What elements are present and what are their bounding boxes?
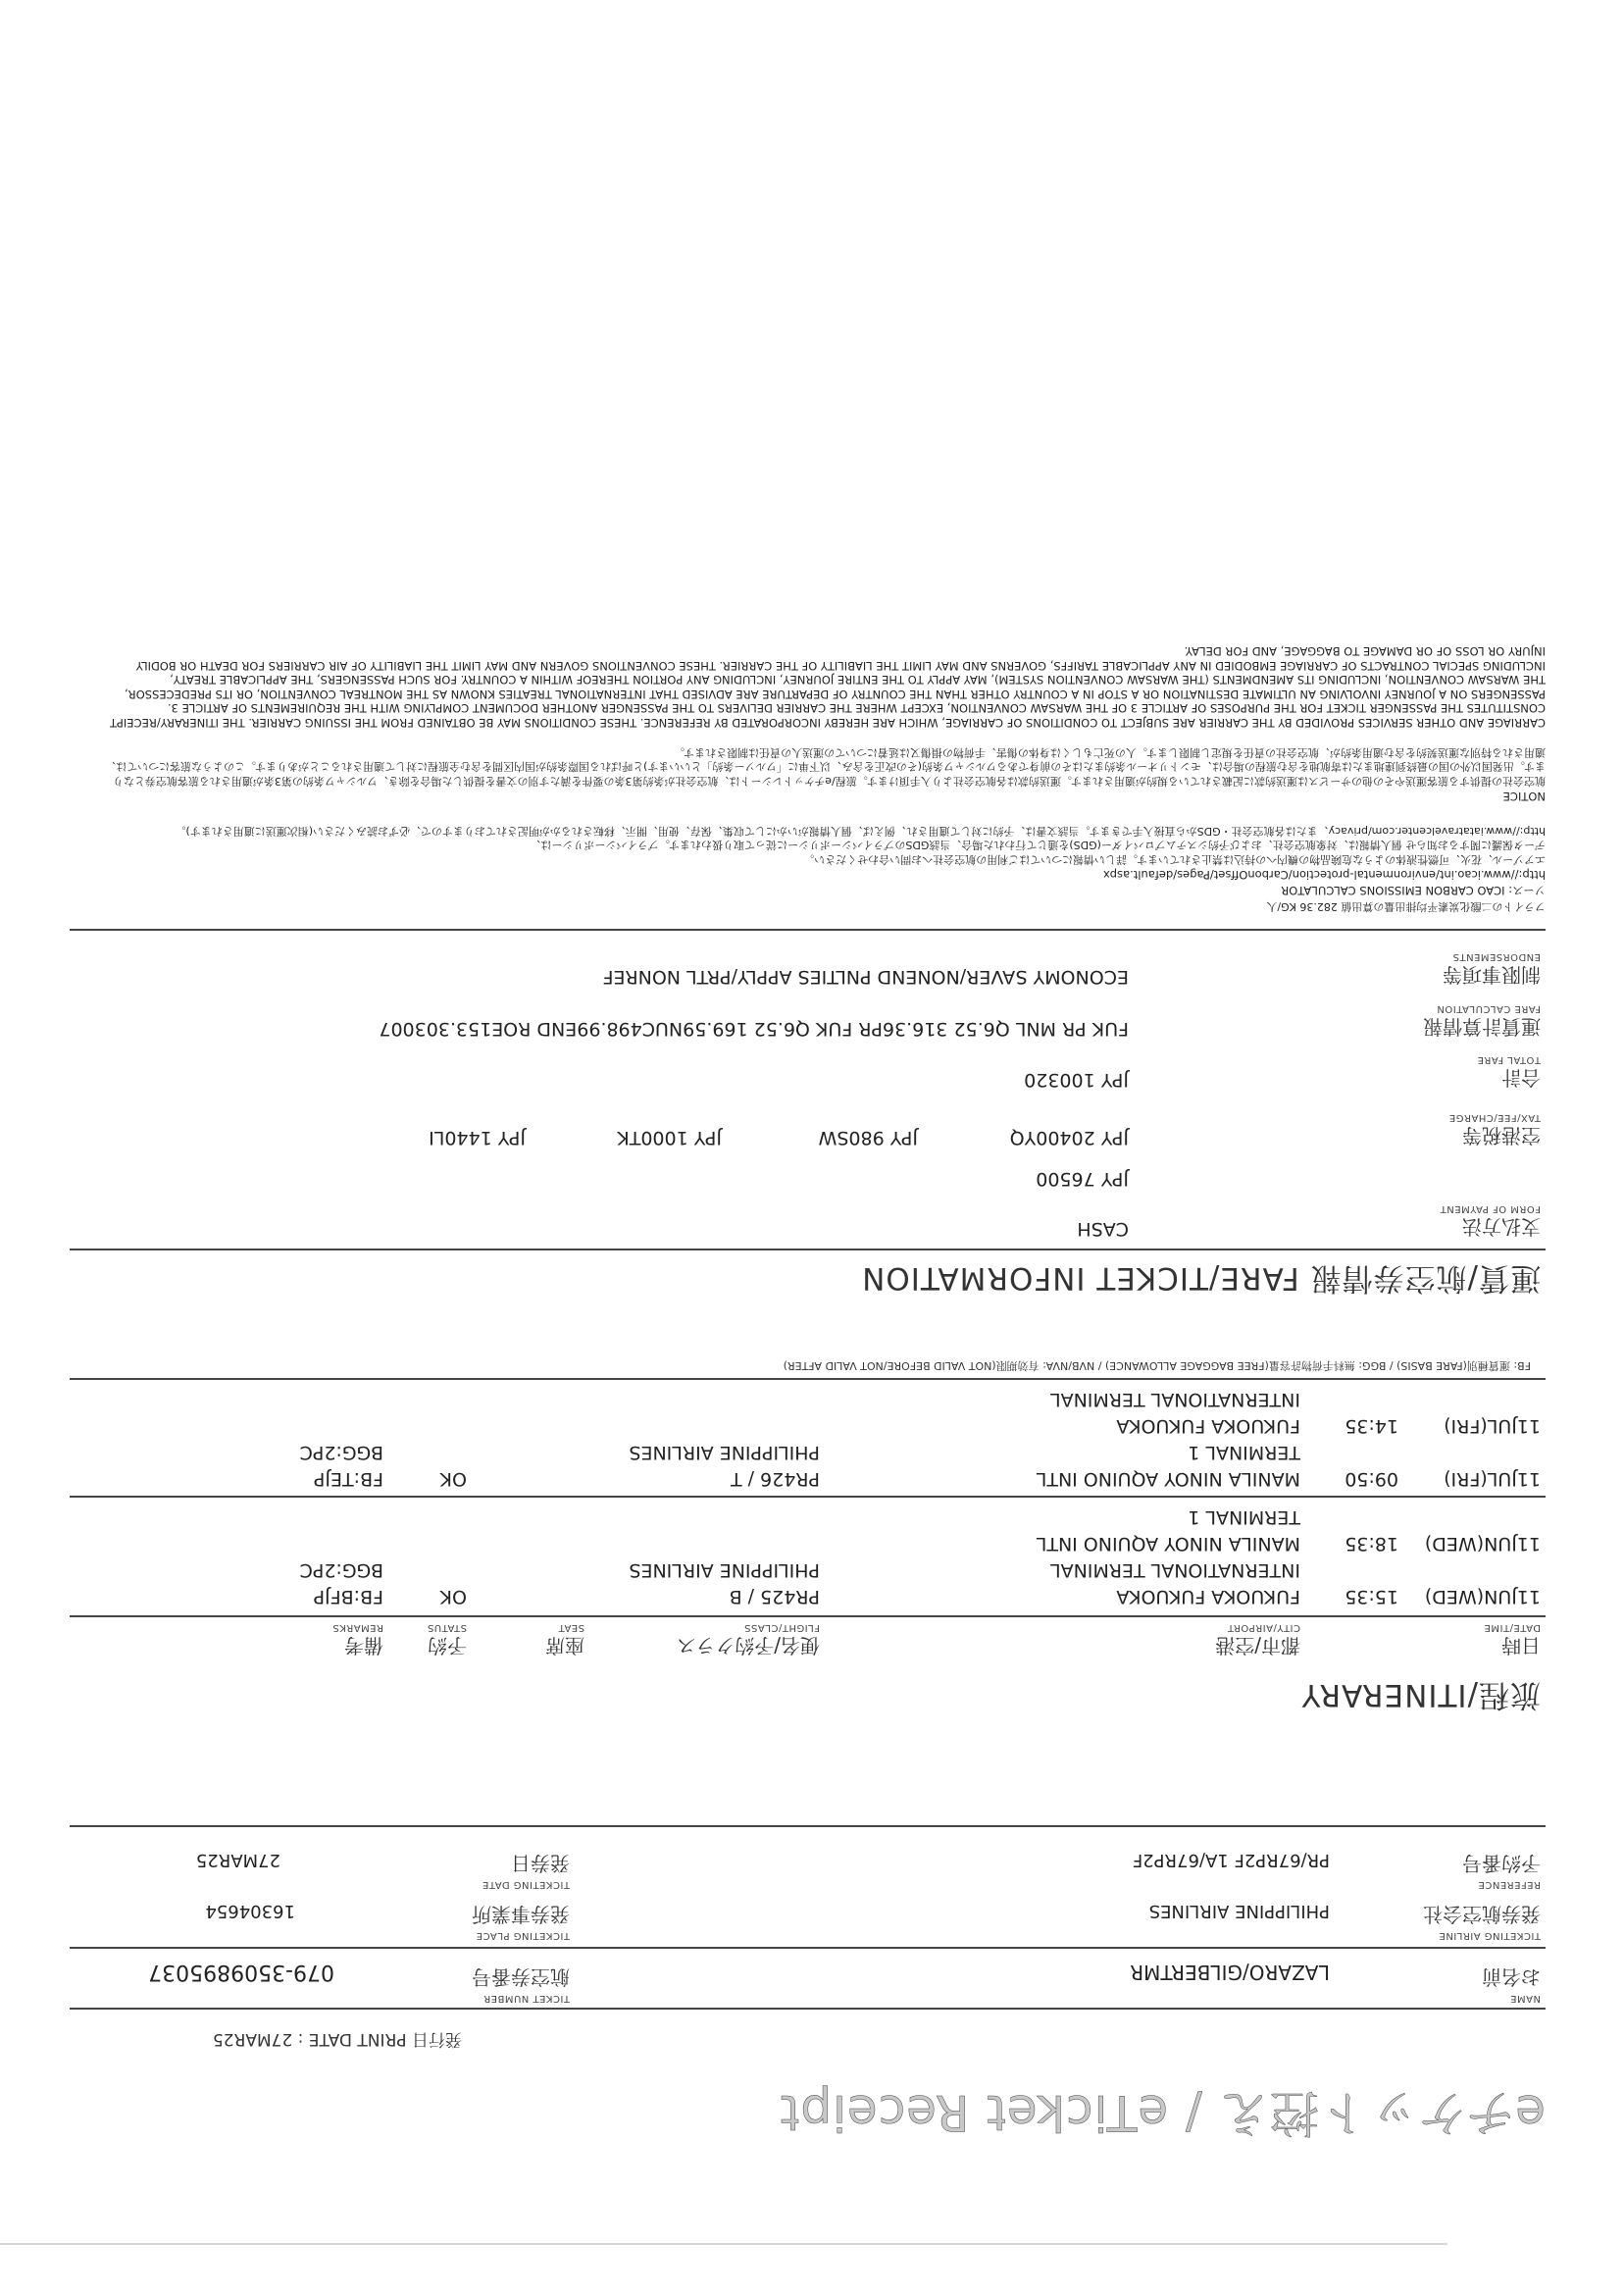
- col-remarks: 備考REMARKS: [332, 1622, 383, 1661]
- segment-carrier: PHILIPPINE AIRLINES: [629, 1442, 820, 1463]
- eticket-receipt-page: eチケット控え / eTicket Receipt 発行日 PRINT DATE…: [0, 0, 1624, 2294]
- divider: [70, 2008, 1546, 2010]
- tax-item: JPY 1440LI: [429, 1127, 526, 1148]
- segment-carrier: PHILIPPINE AIRLINES: [629, 1559, 820, 1581]
- segment-status: OK: [440, 1586, 467, 1607]
- segment-arr-time: 14:35: [1345, 1415, 1398, 1437]
- segment-baggage: BGG:2PC: [300, 1559, 383, 1581]
- segment-flight: PR425 / B: [730, 1586, 820, 1607]
- divider: [70, 1947, 1546, 1949]
- co2-line: フライトの二酸化炭素平均排出量の算出値 282.36 KG/人: [104, 899, 1546, 914]
- co2-url: http://www.icao.int/environmental-protec…: [104, 868, 1546, 883]
- base-fare: JPY 76500: [1036, 1168, 1129, 1190]
- itinerary-title: 旅程/ITINERARY: [1301, 1676, 1541, 1720]
- fare-calculation: FUK PR MNL Q6.52 316.36PR FUK Q6.52 169.…: [379, 1018, 1129, 1040]
- fare-calc-label: 運賃計算情報FARE CALCULATION: [1423, 1003, 1541, 1043]
- divider: [70, 1497, 1546, 1499]
- divider: [70, 929, 1546, 931]
- ticket-number-label: TICKET NUMBER航空券番号: [472, 1964, 570, 2004]
- co2-source: ソース: ICAO CARBON EMISSIONS CALCULATOR: [104, 884, 1546, 898]
- segment-dep-city: MANILA NINOY AQUINO INTL: [1037, 1468, 1300, 1490]
- ticketing-place-label: TICKETING PLACE発券事業所: [472, 1902, 570, 1941]
- endorsements: ECONOMY SAVER/NONEND PNLTIES APPLY/PRTL …: [603, 966, 1129, 988]
- segment-dep-terminal: TERMINAL 1: [1188, 1442, 1300, 1463]
- reference-label: REFERENCE予約番号: [1462, 1851, 1541, 1890]
- segment-status: OK: [440, 1468, 467, 1490]
- passenger-name: LAZARO/GILBERTMR: [1130, 1961, 1330, 1984]
- col-date-time: 日時DATE/TIME: [1484, 1622, 1541, 1661]
- payment-method: CASH: [1077, 1218, 1129, 1240]
- notice-heading: NOTICE: [104, 790, 1546, 804]
- col-status: 予約STATUS: [427, 1622, 467, 1661]
- col-city-airport: 都市/空港CITY/AIRPORT: [1215, 1622, 1300, 1661]
- segment-fare-basis: FB:TEJP: [314, 1468, 383, 1490]
- itinerary-footnote: FB: 運賃種別(FARE BASIS) / BGG: 無料手荷物許容量(FRE…: [784, 1358, 1531, 1374]
- notice-en: CARRIAGE AND OTHER SERVICES PROVIDED BY …: [104, 644, 1546, 730]
- ticketing-date: 27MAR25: [196, 1850, 280, 1870]
- print-date: 発行日 PRINT DATE : 27MAR25: [213, 2029, 462, 2054]
- fare-title: 運賃/航空券情報 FARE/TICKET INFORMATION: [861, 1259, 1541, 1303]
- segment-dep-date: 11JUL(FRI): [1444, 1468, 1541, 1490]
- scan-edge-line: [0, 2243, 1447, 2245]
- segment-arr-city: MANILA NINOY AQUINO INTL: [1037, 1533, 1300, 1555]
- segment-arr-city: FUKUOKA FUKUOKA: [1116, 1415, 1300, 1437]
- privacy-notice: エアゾール、花火、可燃性液体のような危険品物の機内への持込は禁止されています。詳…: [104, 824, 1546, 867]
- segment-arr-terminal: TERMINAL 1: [1188, 1506, 1300, 1528]
- tax-item: JPY 20400YQ: [1010, 1127, 1129, 1148]
- endorsements-label: 制限事項等ENDORSEMENTS: [1443, 951, 1541, 991]
- tax-label: 空港税等TAX/FEE/CHARGE: [1448, 1112, 1541, 1151]
- tax-item: JPY 1000TK: [617, 1127, 722, 1148]
- name-label: NAMEお名前: [1482, 1964, 1541, 2004]
- divider: [70, 1615, 1546, 1617]
- tax-item: JPY 980SW: [819, 1127, 918, 1148]
- total-label: 合計TOTAL FARE: [1477, 1054, 1541, 1094]
- notice-jp: 航空会社の提供する旅客運送やその他のサービスは運送約款に記載されている規約が適用…: [104, 745, 1546, 789]
- divider: [70, 1378, 1546, 1380]
- segment-arr-date: 11JUN(WED): [1425, 1533, 1541, 1555]
- segment-dep-terminal: INTERNATIONAL TERMINAL: [1050, 1559, 1300, 1581]
- ticketing-airline: PHILIPPINE AIRLINES: [1149, 1901, 1330, 1921]
- segment-dep-date: 11JUN(WED): [1425, 1586, 1541, 1607]
- divider: [70, 1825, 1546, 1827]
- segment-dep-time: 09:50: [1345, 1468, 1398, 1490]
- ticketing-date-label: TICKETING DATE発券日: [482, 1851, 570, 1890]
- ticket-number: 079-3509895037: [148, 1960, 334, 1984]
- segment-dep-city: FUKUOKA FUKUOKA: [1116, 1586, 1300, 1607]
- segment-arr-terminal: INTERNATIONAL TERMINAL: [1050, 1389, 1300, 1410]
- payment-label: 支払方法FORM OF PAYMENT: [1440, 1203, 1541, 1243]
- col-seat: 座席SEAT: [545, 1622, 584, 1661]
- ticketing-place: 16304654: [205, 1901, 295, 1921]
- segment-arr-time: 18:35: [1345, 1533, 1398, 1555]
- col-flight-class: 便名/予約クラスFLIGHT/CLASS: [677, 1622, 820, 1661]
- booking-reference: PR/67RP2F 1A/67RP2F: [1133, 1850, 1330, 1870]
- segment-dep-time: 15:35: [1345, 1586, 1398, 1607]
- segment-arr-date: 11JUL(FRI): [1444, 1415, 1541, 1437]
- ticketing-airline-label: TICKETING AIRLINE発券航空会社: [1423, 1902, 1541, 1941]
- total-fare: JPY 100320: [1024, 1069, 1129, 1091]
- segment-baggage: BGG:2PC: [300, 1442, 383, 1463]
- divider: [70, 1249, 1546, 1250]
- segment-flight: PR426 / T: [731, 1468, 820, 1490]
- segment-fare-basis: FB:BFJP: [314, 1586, 383, 1607]
- document-title: eチケット控え / eTicket Receipt: [70, 2081, 1546, 2152]
